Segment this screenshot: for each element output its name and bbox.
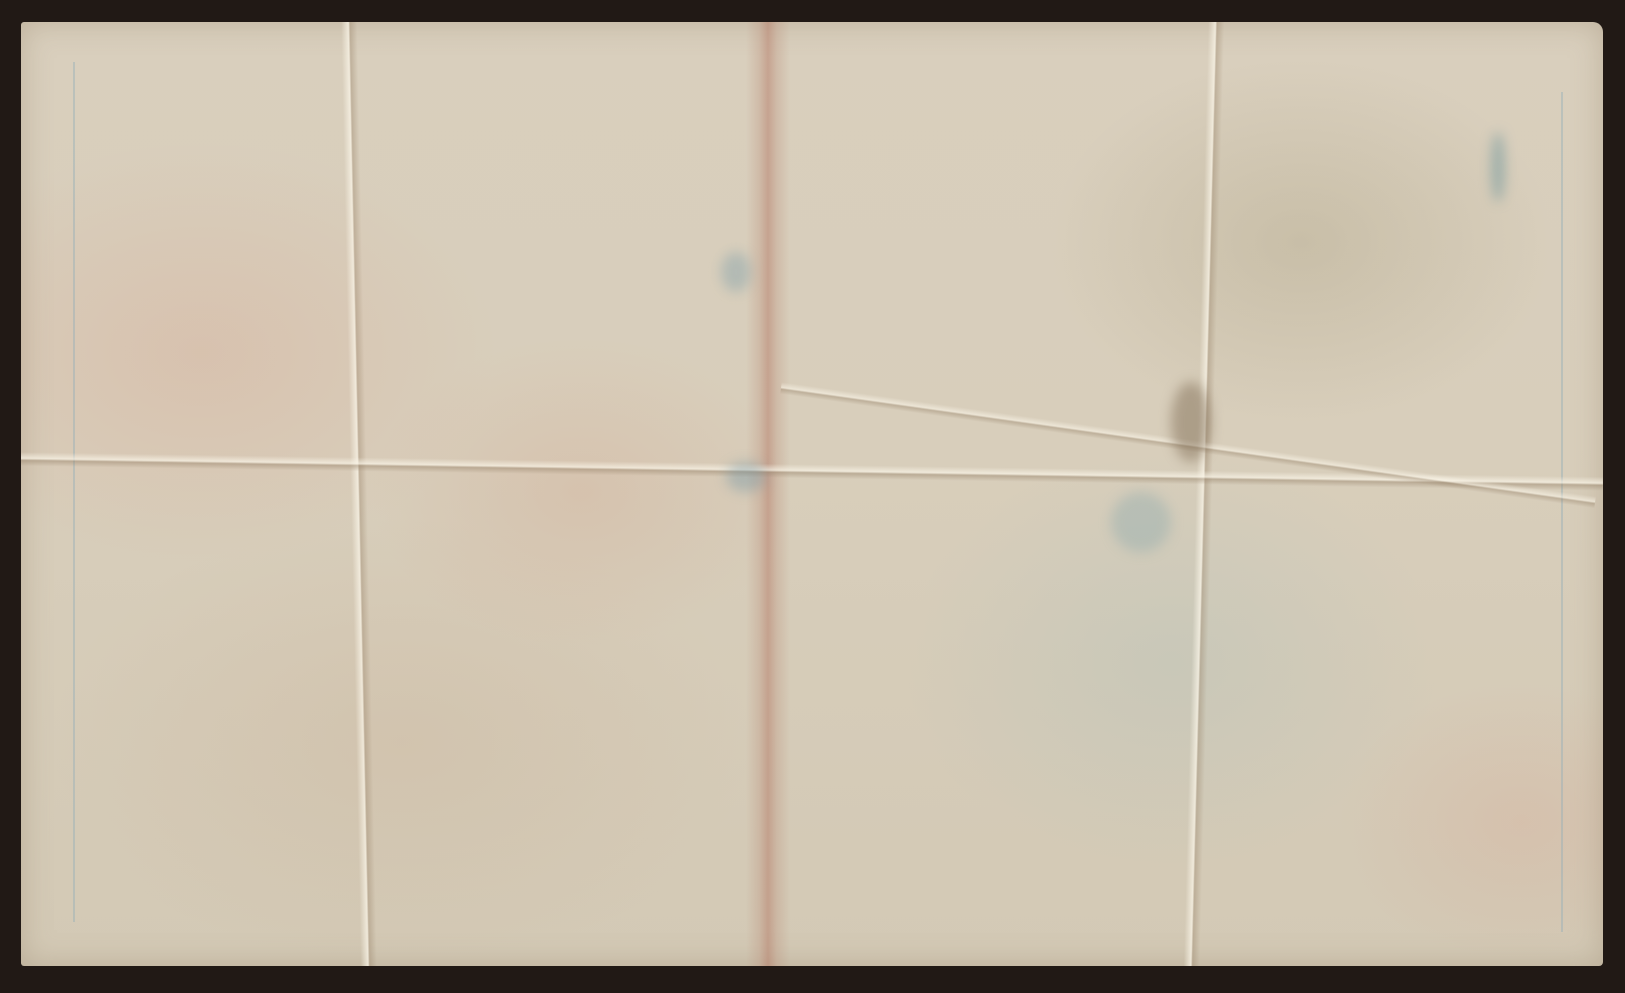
stain [1491, 132, 1505, 202]
fold-crease-center [746, 22, 790, 966]
stain [726, 462, 766, 492]
printed-border-left [73, 62, 75, 922]
banknote-reverse [21, 22, 1603, 966]
printed-border-right [1561, 92, 1563, 932]
stain [1171, 382, 1211, 462]
photo-background [0, 0, 1625, 993]
stain [721, 252, 751, 292]
fold-crease-right [1184, 22, 1225, 966]
stain [1111, 492, 1171, 552]
fold-crease-left [341, 22, 377, 966]
